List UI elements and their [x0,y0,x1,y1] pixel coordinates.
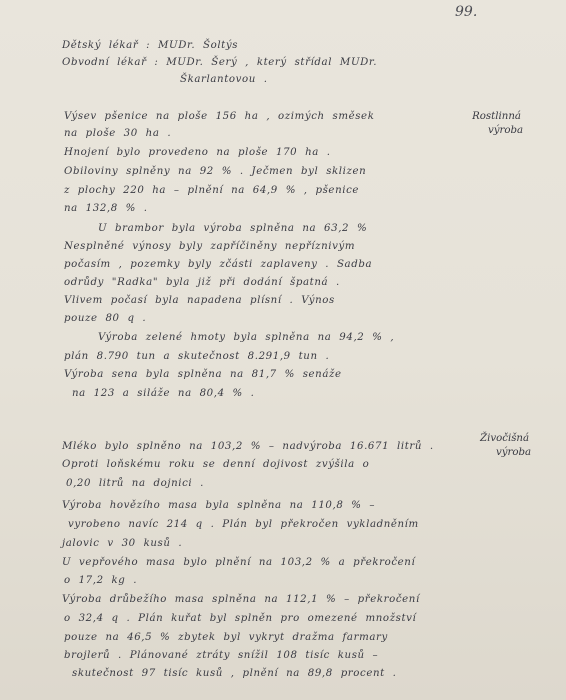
header-line-district-doctor: Obvodní lékař : MUDr. Šerý , který stříd… [62,57,377,68]
text-line: vyrobeno navíc 214 q . Plán byl překroče… [68,519,419,530]
text-line: na ploše 30 ha . [64,128,171,139]
text-line: brojlerů . Plánované ztráty snížil 108 t… [64,650,378,661]
text-line: jalovic v 30 kusů . [62,538,182,549]
text-line: pouze 80 q . [64,313,146,324]
margin-label-plant-production: Rostlinná výroba [470,110,523,138]
text-line: plán 8.790 tun a skutečnost 8.291,9 tun … [64,351,329,362]
text-line: 0,20 litrů na dojnici . [66,478,204,489]
margin-label-line: výroba [470,124,523,138]
text-line: Obiloviny splněny na 92 % . Ječmen byl s… [64,166,366,177]
text-line: U brambor byla výroba splněna na 63,2 % [98,223,367,234]
text-line: na 123 a siláže na 80,4 % . [72,388,254,399]
text-line: počasím , pozemky byly zčásti zaplaveny … [64,259,372,270]
margin-label-animal-production: Živočišná výroba [478,432,531,460]
margin-label-line: výroba [478,446,531,460]
header-line-continuation: Škarlantovou . [180,74,268,85]
text-line: Výroba zelené hmoty byla splněna na 94,2… [98,332,394,343]
margin-label-line: Živočišná [478,432,531,446]
text-line: Výroba hovězího masa byla splněna na 110… [62,500,375,511]
text-line: Výroba drůbežího masa splněna na 112,1 %… [62,594,420,605]
text-line: Oproti loňskému roku se denní dojivost z… [62,459,369,470]
text-line: Mléko bylo splněno na 103,2 % – nadvýrob… [62,441,434,452]
text-line: pouze na 46,5 % zbytek byl vykryt dražma… [64,632,388,643]
page-number: 99. [455,4,477,20]
text-line: Výsev pšenice na ploše 156 ha , ozimých … [64,111,374,122]
text-line: Vlivem počasí byla napadena plísní . Výn… [64,295,335,306]
header-line-pediatrician: Dětský lékař : MUDr. Šoltýs [62,40,238,51]
text-line: skutečnost 97 tisíc kusů , plnění na 89,… [72,668,396,679]
margin-label-line: Rostlinná [470,110,523,124]
text-line: o 17,2 kg . [64,575,137,586]
text-line: Nesplněné výnosy byly zapříčiněny nepříz… [64,241,355,252]
text-line: na 132,8 % . [64,203,148,214]
text-line: z plochy 220 ha – plnění na 64,9 % , pše… [64,185,359,196]
text-line: Hnojení bylo provedeno na ploše 170 ha . [64,147,331,158]
text-line: o 32,4 q . Plán kuřat byl splněn pro ome… [64,613,416,624]
text-line: Výroba sena byla splněna na 81,7 % senáž… [64,369,342,380]
text-line: U vepřového masa bylo plnění na 103,2 % … [62,557,415,568]
text-line: odrůdy "Radka" byla již při dodání špatn… [64,277,340,288]
